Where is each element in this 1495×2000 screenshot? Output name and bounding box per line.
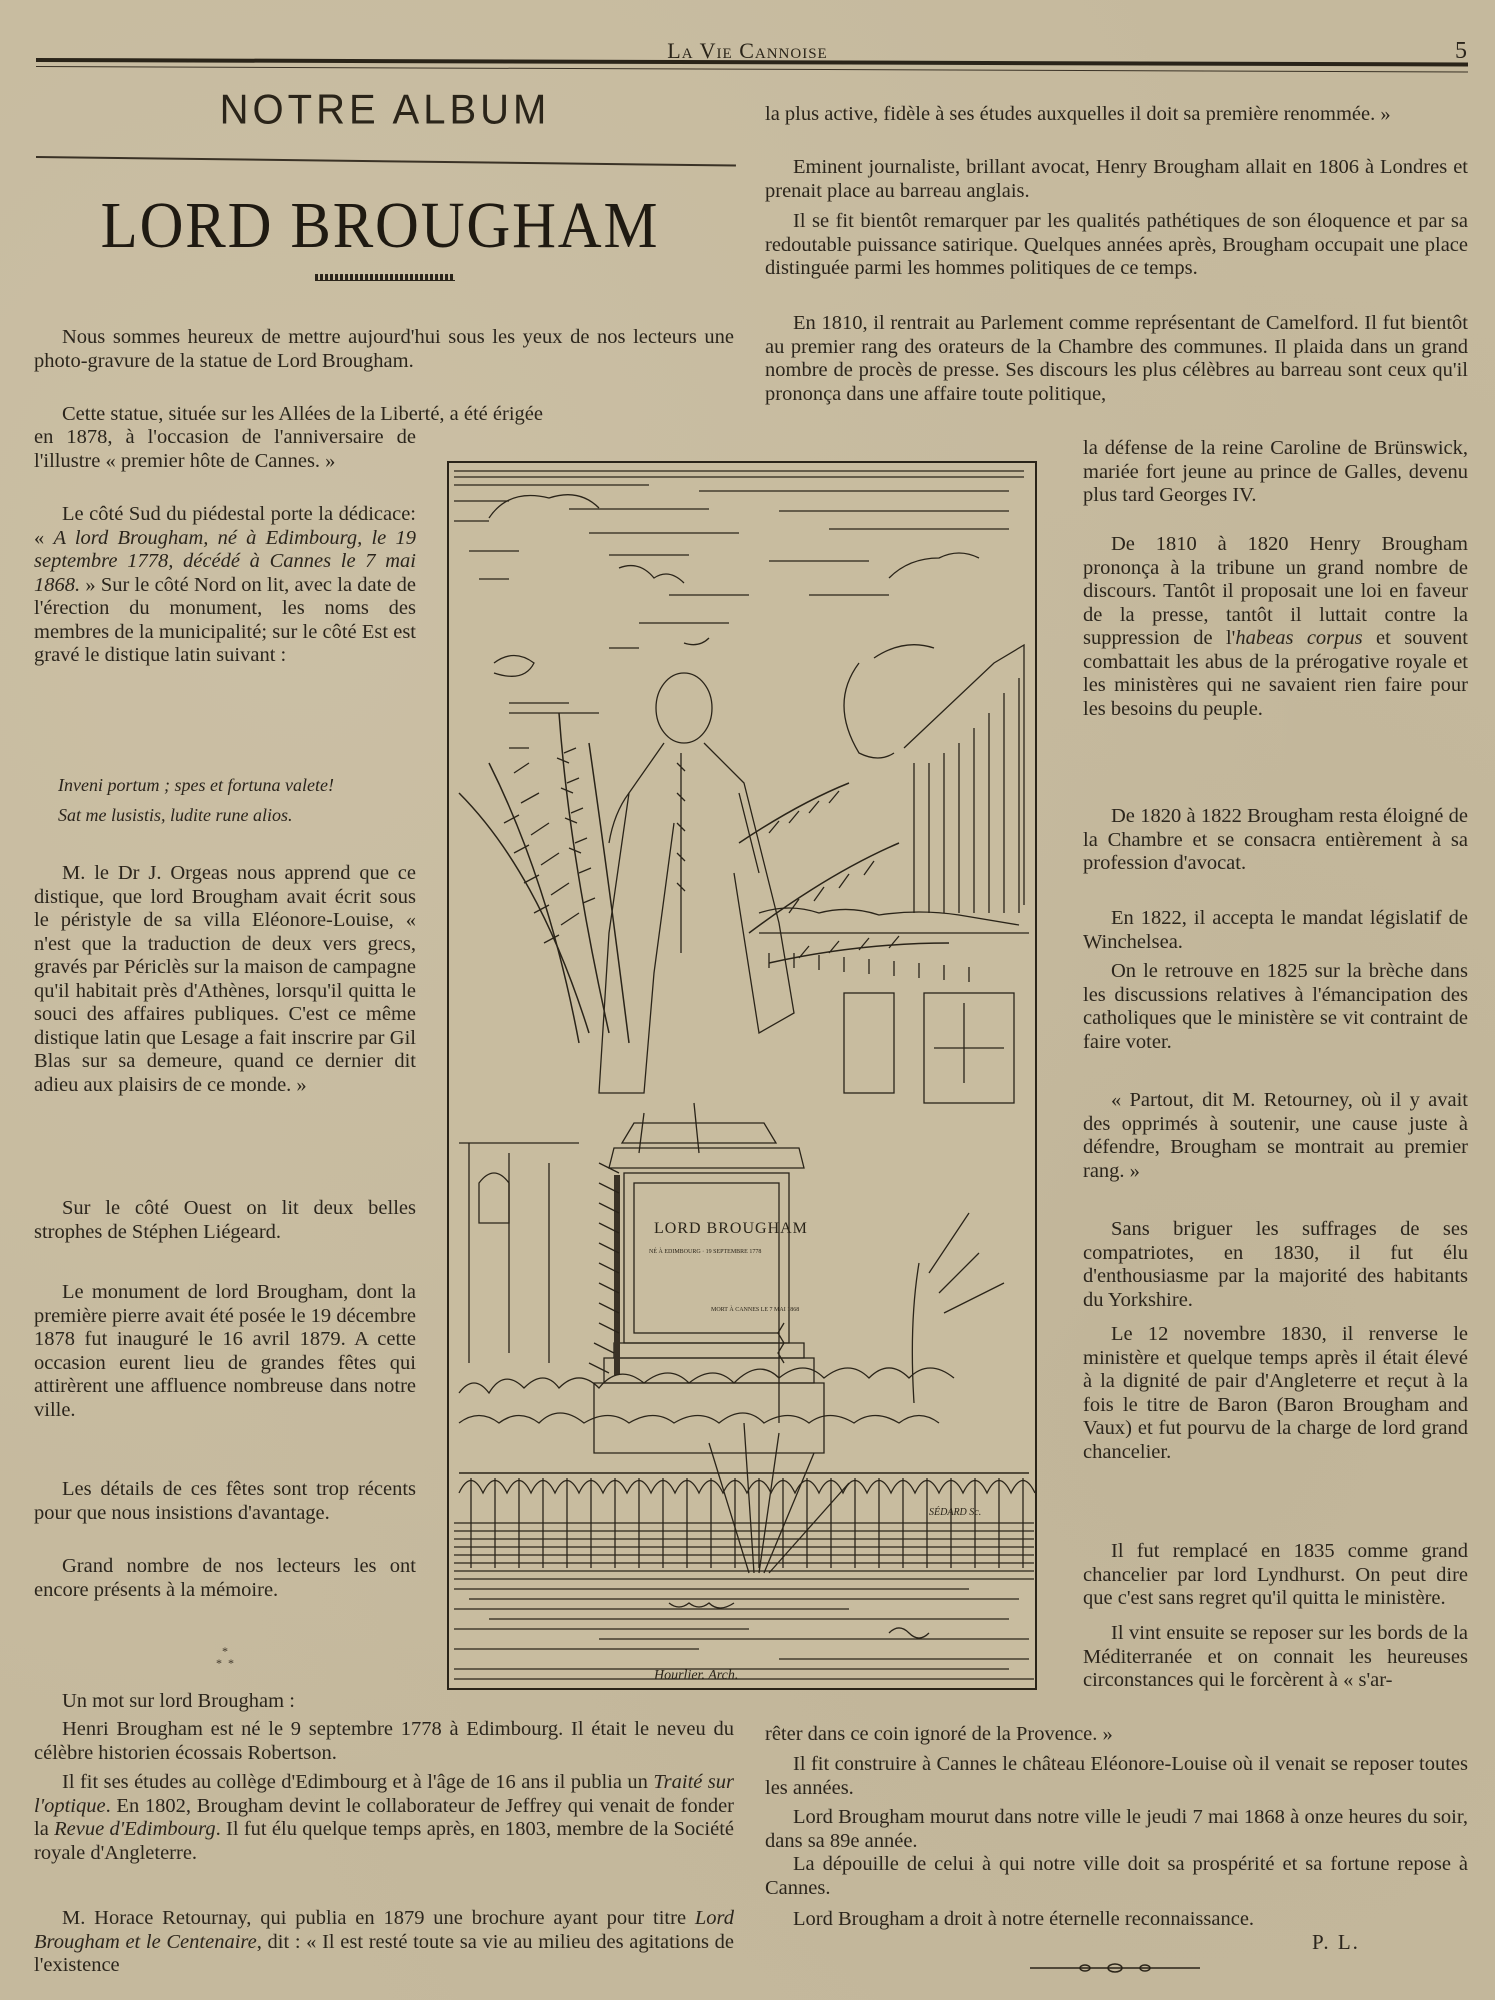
latin-distich: Inveni portum ; spes et fortuna valete! … xyxy=(58,770,428,830)
tribune-paragraph: De 1810 à 1820 Henry Brougham prononça à… xyxy=(1083,533,1468,721)
avocat-paragraph: De 1820 à 1822 Brougham resta éloigné de… xyxy=(1083,805,1468,876)
death-paragraph: Lord Brougham mourut dans notre ville le… xyxy=(765,1806,1468,1853)
intro-paragraph-2: en 1878, à l'occasion de l'anniversaire … xyxy=(34,426,416,473)
latin-line-2: Sat me lusistis, ludite rune alios. xyxy=(58,800,428,830)
caroline-paragraph: la défense de la reine Caroline de Brüns… xyxy=(1083,437,1468,508)
biography-paragraph-2: Il fit ses études au collège d'Edimbourg… xyxy=(34,1771,734,1865)
right-paragraph-2: Eminent journaliste, brillant avocat, He… xyxy=(765,156,1468,203)
orgeas-paragraph: M. le Dr J. Orgeas nous apprend que ce d… xyxy=(34,862,416,1097)
review-title: Revue d'Edimbourg xyxy=(54,1818,216,1840)
artist-signature: Hourlier. Arch. xyxy=(653,1668,738,1683)
article-title: LORD BROUGHAM xyxy=(58,188,702,264)
provence-line: rêter dans ce coin ignoré de la Provence… xyxy=(765,1723,1468,1747)
intro-paragraph-2-lead: Cette statue, située sur les Allées de l… xyxy=(34,403,734,427)
engraver-mark: SÉDARD Sc. xyxy=(929,1506,981,1518)
section-separator: ** * xyxy=(205,1645,245,1669)
section-rule xyxy=(36,156,736,167)
biography-heading: Un mot sur lord Brougham : xyxy=(34,1690,424,1714)
mediterranee-paragraph: Il vint ensuite se reposer sur les bords… xyxy=(1083,1622,1468,1693)
chateau-paragraph: Il fit construire à Cannes le château El… xyxy=(765,1753,1468,1800)
end-ornament xyxy=(1030,1963,1200,1973)
pedestal-subtext: NÉ À EDIMBOURG · 19 SEPTEMBRE 1778 xyxy=(649,1247,761,1255)
depouille-paragraph: La dépouille de celui à qui notre ville … xyxy=(765,1853,1468,1900)
pedestal-inscription: LORD BROUGHAM xyxy=(654,1220,808,1237)
title-ornament xyxy=(315,274,455,281)
section-label: NOTRE ALBUM xyxy=(40,87,730,134)
emancipation-paragraph: On le retrouve en 1825 sur la brèche dan… xyxy=(1083,960,1468,1054)
retourney-quote-paragraph: « Partout, dit M. Retourney, où il y ava… xyxy=(1083,1089,1468,1183)
header-rule-thin xyxy=(36,66,1468,72)
yorkshire-paragraph: Sans briguer les suffrages de ses compat… xyxy=(1083,1218,1468,1312)
winchelsea-paragraph: En 1822, il accepta le mandat législatif… xyxy=(1083,907,1468,954)
habeas-corpus: habeas corpus xyxy=(1235,627,1362,649)
fetes-paragraph: Les détails de ces fêtes sont trop récen… xyxy=(34,1478,416,1525)
pedestal-subtext-2: MORT À CANNES LE 7 MAI 1868 xyxy=(711,1305,799,1313)
latin-line-1: Inveni portum ; spes et fortuna valete! xyxy=(58,770,428,800)
intro-paragraph-1: Nous sommes heureux de mettre aujourd'hu… xyxy=(34,326,734,373)
engraving-drawing: LORD BROUGHAM NÉ À EDIMBOURG · 19 SEPTEM… xyxy=(449,463,1037,1690)
biography-paragraph-1: Henri Brougham est né le 9 septembre 177… xyxy=(34,1718,734,1765)
chancelier-paragraph: Le 12 novembre 1830, il renverse le mini… xyxy=(1083,1323,1468,1464)
right-paragraph-3: Il se fit bientôt remarquer par les qual… xyxy=(765,210,1468,281)
dedication-paragraph: Le côté Sud du piédestal porte la dédica… xyxy=(34,503,416,668)
right-paragraph-1: la plus active, fidèle à ses études auxq… xyxy=(765,103,1468,127)
author-signature: P. L. xyxy=(1312,1930,1360,1955)
lyndhurst-paragraph: Il fut remplacé en 1835 comme grand chan… xyxy=(1083,1540,1468,1611)
readers-paragraph: Grand nombre de nos lecteurs les ont enc… xyxy=(34,1555,416,1602)
monument-paragraph: Le monument de lord Brougham, dont la pr… xyxy=(34,1281,416,1422)
page-number: 5 xyxy=(1455,38,1467,65)
biography-paragraph-3: M. Horace Retournay, qui publia en 1879 … xyxy=(34,1907,734,1978)
statue-illustration: LORD BROUGHAM NÉ À EDIMBOURG · 19 SEPTEM… xyxy=(447,461,1037,1690)
ouest-paragraph: Sur le côté Ouest on lit deux belles str… xyxy=(34,1197,416,1244)
gratitude-paragraph: Lord Brougham a droit à notre éternelle … xyxy=(765,1908,1468,1932)
right-paragraph-4: En 1810, il rentrait au Parlement comme … xyxy=(765,312,1468,406)
